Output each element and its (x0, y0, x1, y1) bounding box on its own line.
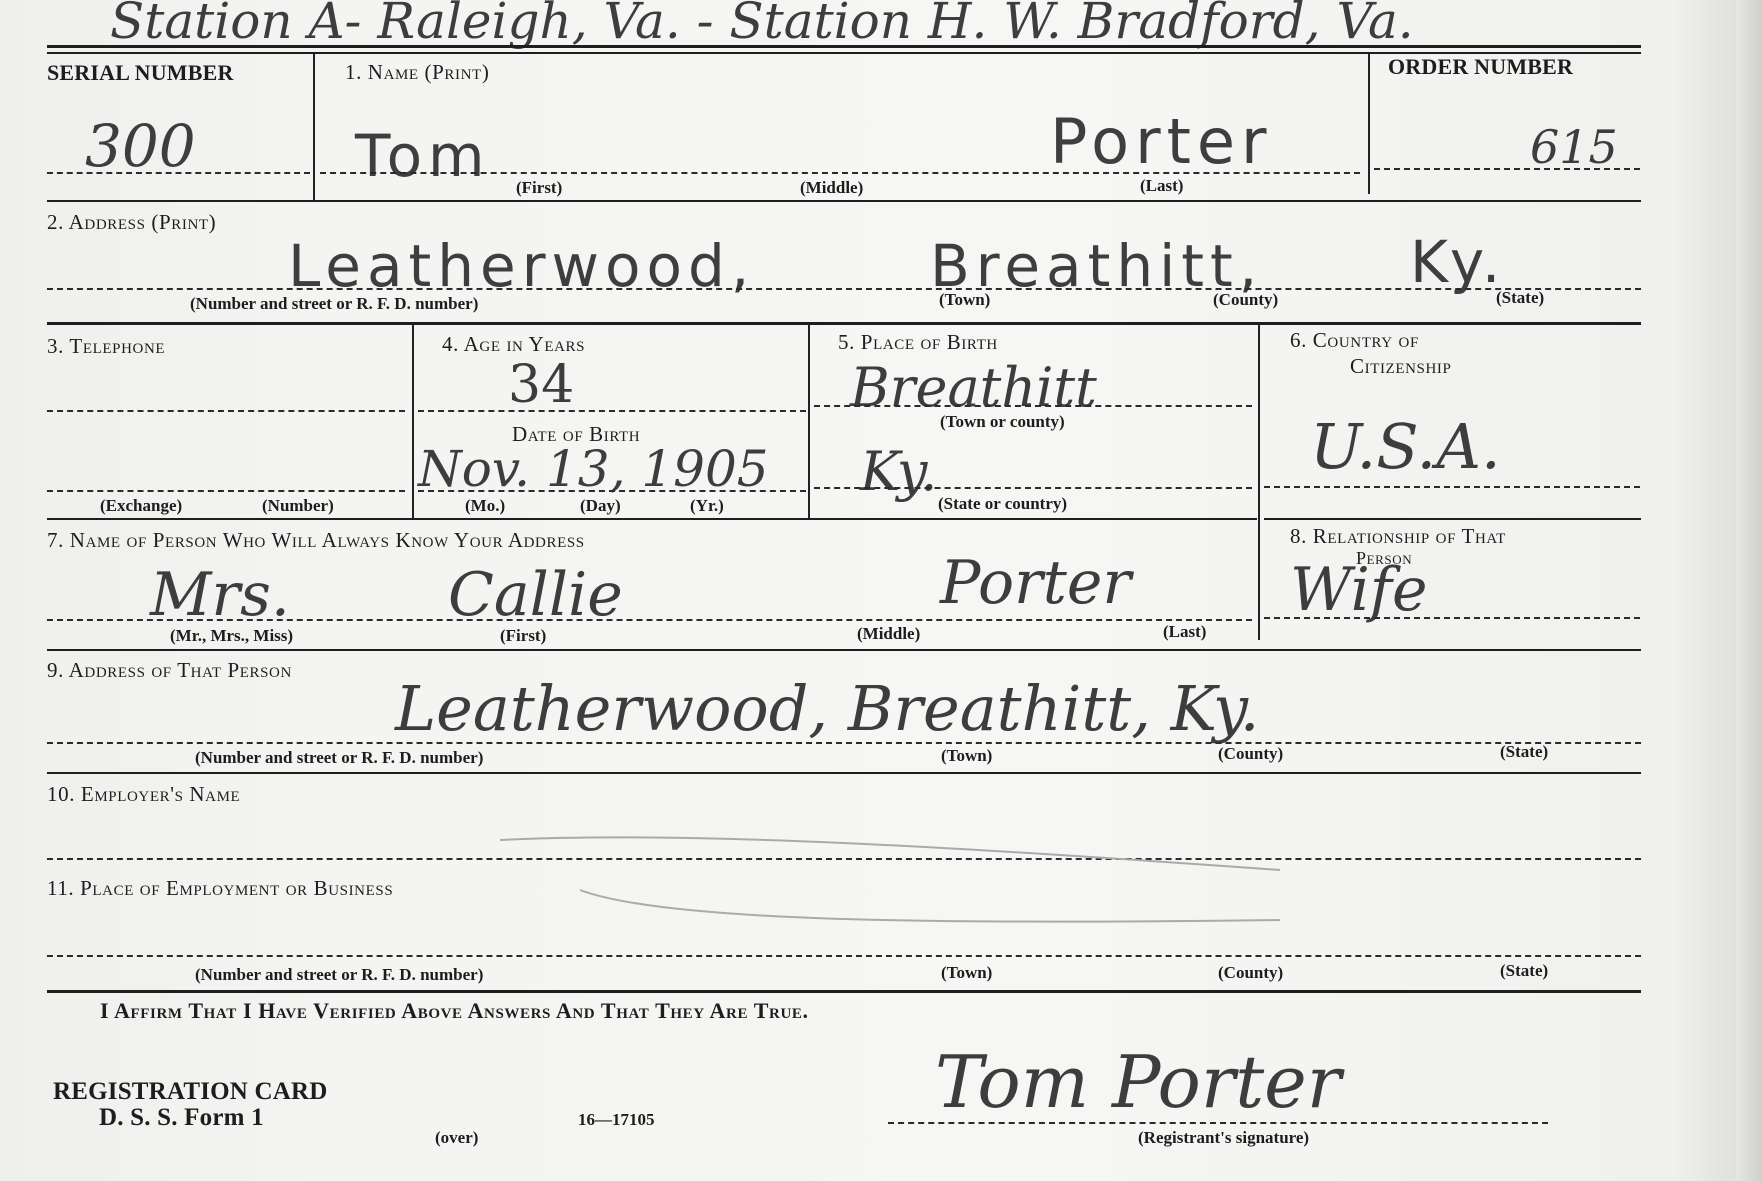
dob-year-sublabel: (Yr.) (690, 496, 724, 516)
age-line (418, 410, 806, 412)
contact-address-line (47, 742, 1641, 744)
birthplace-town-sublabel: (Town or county) (940, 412, 1065, 432)
row-rule (47, 200, 1641, 202)
over-note: (over) (435, 1128, 478, 1148)
row-rule (1264, 518, 1641, 520)
contact-label: 7. Name of Person Who Will Always Know Y… (47, 528, 585, 553)
contact-line (47, 619, 1252, 621)
name-line (320, 172, 1360, 174)
name-label: 1. Name (Print) (345, 60, 489, 85)
contact-address-street-sublabel: (Number and street or R. F. D. number) (195, 748, 483, 768)
header-annotation: Station A- Raleigh, Va. - Station H. W. … (110, 0, 1414, 50)
card-edge (1736, 0, 1762, 1181)
employment-label: 11. Place of Employment or Business (47, 876, 393, 901)
card-title: REGISTRATION CARD (53, 1078, 328, 1106)
telephone-label: 3. Telephone (47, 334, 165, 359)
row-rule (47, 649, 1641, 651)
birthplace-label: 5. Place of Birth (838, 330, 998, 355)
divider (313, 54, 315, 200)
contact-address-value: Leatherwood, Breathitt, Ky. (395, 672, 1259, 745)
dob-month-sublabel: (Mo.) (465, 496, 505, 516)
birthplace-state-sublabel: (State or country) (938, 494, 1067, 514)
signature-label: (Registrant's signature) (1138, 1128, 1309, 1148)
name-middle-sublabel: (Middle) (800, 178, 863, 198)
serial-line (47, 172, 310, 174)
divider (412, 325, 414, 520)
order-line (1374, 168, 1640, 170)
employment-street-sublabel: (Number and street or R. F. D. number) (195, 965, 483, 985)
contact-first-sublabel: (First) (500, 626, 546, 646)
contact-address-county-sublabel: (County) (1218, 744, 1283, 764)
address-town-sublabel: (Town) (939, 290, 990, 310)
pencil-strike-mark (500, 830, 1320, 940)
employment-state-sublabel: (State) (1500, 961, 1548, 981)
relationship-line (1264, 617, 1640, 619)
order-number-label: ORDER NUMBER (1388, 54, 1573, 80)
citizenship-line (1264, 486, 1640, 488)
employment-county-sublabel: (County) (1218, 963, 1283, 983)
print-code: 16—17105 (578, 1110, 655, 1130)
registration-card: Station A- Raleigh, Va. - Station H. W. … (0, 0, 1762, 1181)
employment-town-sublabel: (Town) (941, 963, 992, 983)
age-label: 4. Age in Years (442, 332, 585, 357)
dob-day-sublabel: (Day) (580, 496, 621, 516)
contact-last-value: Porter (940, 548, 1131, 618)
dob-line (418, 490, 806, 492)
contact-address-label: 9. Address of That Person (47, 658, 292, 683)
contact-middle-sublabel: (Middle) (857, 624, 920, 644)
contact-address-state-sublabel: (State) (1500, 742, 1548, 762)
relationship-label-1: 8. Relationship of That (1290, 524, 1506, 549)
name-first-sublabel: (First) (516, 178, 562, 198)
relationship-value: Wife (1290, 555, 1428, 625)
age-value: 34 (508, 355, 574, 415)
name-first-value: Tom (355, 122, 491, 190)
contact-last-sublabel: (Last) (1163, 622, 1206, 642)
employer-label: 10. Employer's Name (47, 782, 240, 807)
address-line (47, 288, 1641, 290)
row-rule (47, 990, 1641, 993)
address-street-sublabel: (Number and street or R. F. D. number) (190, 294, 478, 314)
citizenship-label-1: 6. Country of (1290, 328, 1419, 353)
registrant-signature: Tom Porter (935, 1040, 1341, 1124)
employment-line (47, 955, 1641, 957)
address-county-sublabel: (County) (1213, 290, 1278, 310)
signature-line (888, 1122, 1548, 1124)
contact-title-sublabel: (Mr., Mrs., Miss) (170, 626, 293, 646)
address-state-sublabel: (State) (1496, 288, 1544, 308)
telephone-number-sublabel: (Number) (262, 496, 334, 516)
order-number-value: 615 (1530, 120, 1618, 174)
top-rule (47, 45, 1641, 48)
birthplace-state-value: Ky. (860, 440, 937, 503)
row-rule (47, 518, 1257, 520)
divider (1258, 325, 1260, 640)
row-rule (47, 772, 1641, 774)
divider (808, 325, 810, 520)
birthplace-town-line (814, 405, 1252, 407)
serial-number-value: 300 (85, 112, 196, 180)
divider (1368, 54, 1370, 194)
serial-number-label: SERIAL NUMBER (47, 60, 234, 86)
form-number: D. S. S. Form 1 (99, 1104, 264, 1132)
telephone-line-2 (47, 490, 405, 492)
row-rule (47, 322, 1641, 325)
name-last-value: Porter (1050, 105, 1273, 178)
birthplace-state-line (814, 487, 1252, 489)
address-label: 2. Address (Print) (47, 210, 216, 235)
telephone-line-1 (47, 410, 405, 412)
citizenship-value: U.S.A. (1310, 410, 1501, 483)
citizenship-label-2: Citizenship (1350, 354, 1451, 379)
contact-address-town-sublabel: (Town) (941, 746, 992, 766)
name-last-sublabel: (Last) (1140, 176, 1183, 196)
birthplace-town-value: Breathitt (850, 356, 1097, 419)
affirmation-text: I Affirm That I Have Verified Above Answ… (100, 998, 809, 1024)
telephone-exchange-sublabel: (Exchange) (100, 496, 182, 516)
address-state-value: Ky. (1410, 228, 1506, 296)
